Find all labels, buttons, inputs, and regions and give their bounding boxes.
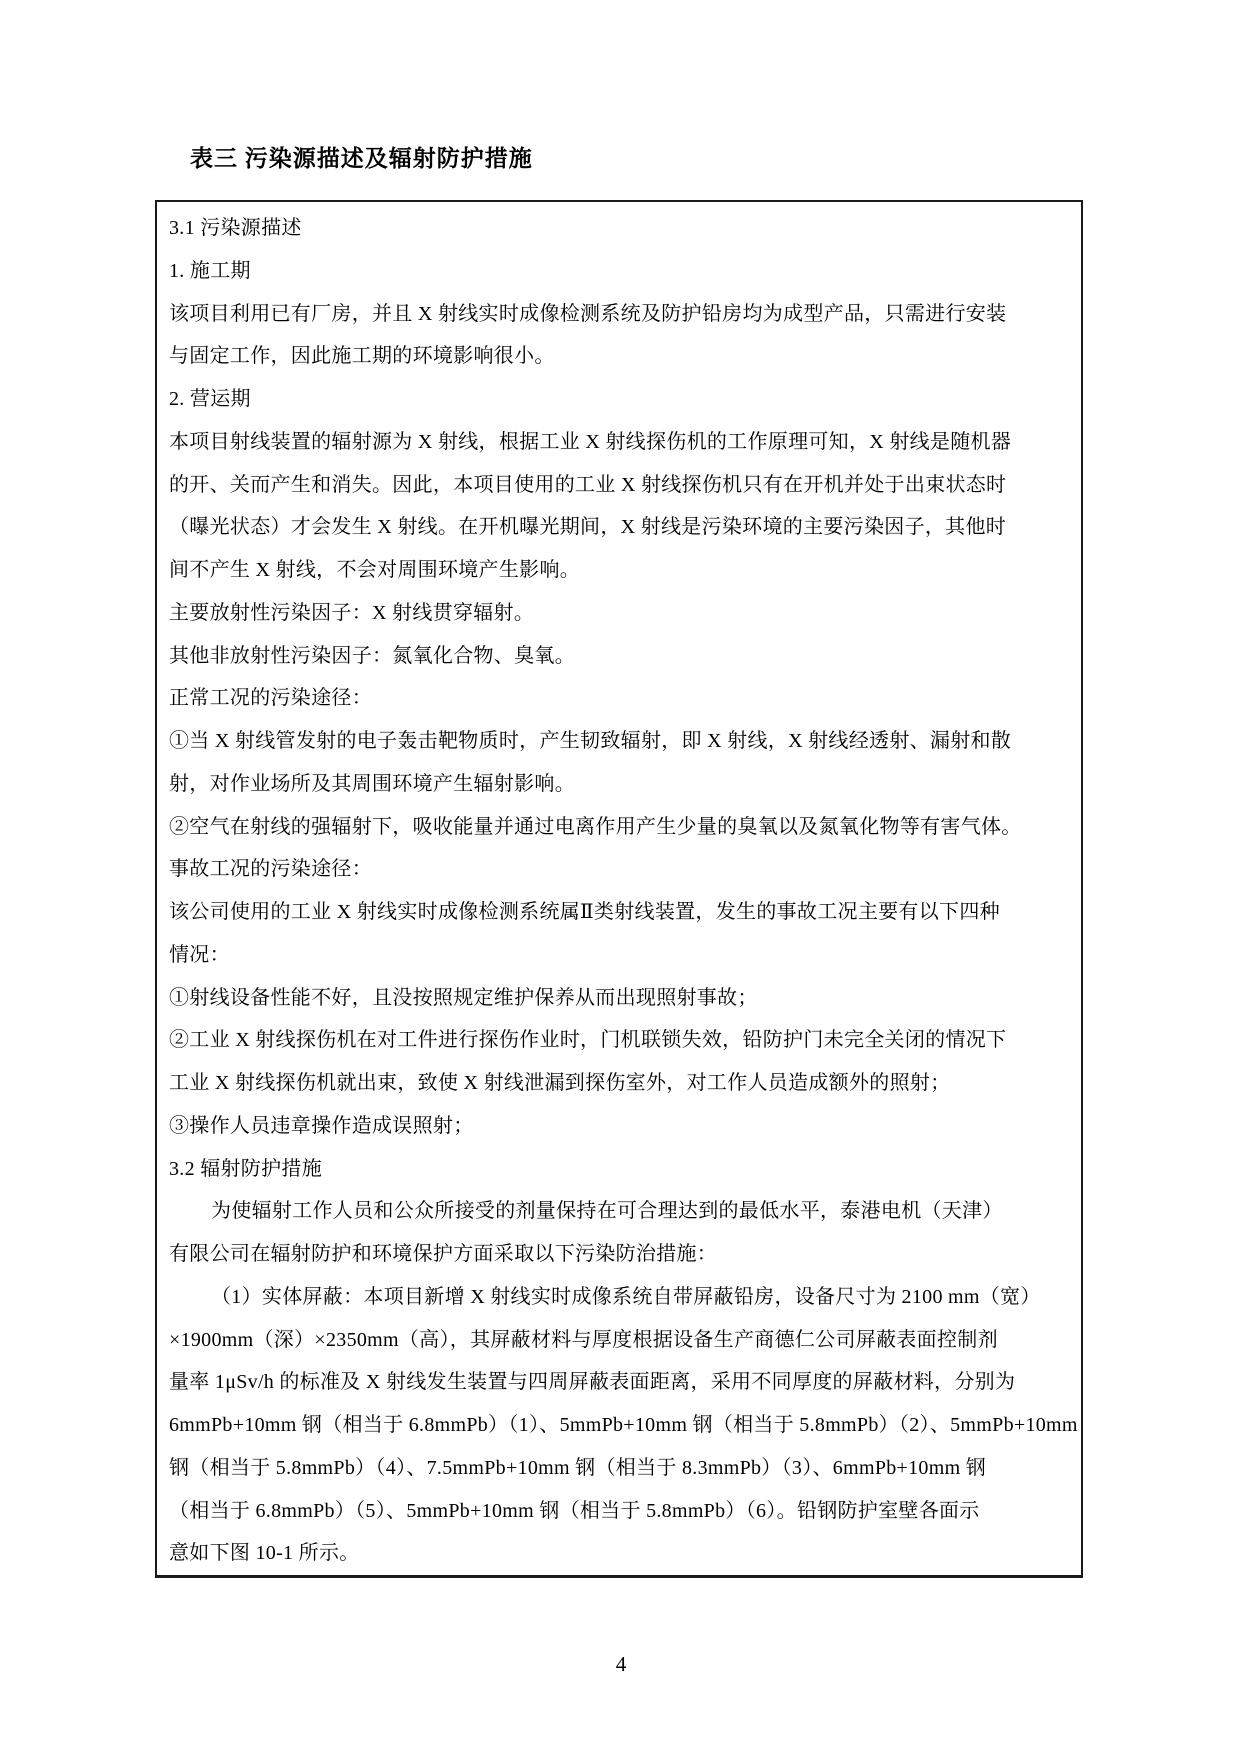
text-line: 该项目利用已有厂房，并且 X 射线实时成像检测系统及防护铅房均为成型产品，只需进…	[169, 293, 1073, 336]
text-line: （相当于 6.8mmPb）（5）、5mmPb+10mm 钢（相当于 5.8mmP…	[169, 1490, 1073, 1533]
text-line: 情况：	[169, 934, 1073, 977]
text-line: 该公司使用的工业 X 射线实时成像检测系统属Ⅱ类射线装置，发生的事故工况主要有以…	[169, 891, 1073, 934]
text-line: 工业 X 射线探伤机就出束，致使 X 射线泄漏到探伤室外，对工作人员造成额外的照…	[169, 1062, 1073, 1105]
text-line: 2. 营运期	[169, 378, 1073, 421]
text-line: 间不产生 X 射线，不会对周围环境产生影响。	[169, 549, 1073, 592]
text-line: 的开、关而产生和消失。因此，本项目使用的工业 X 射线探伤机只有在开机并处于出束…	[169, 464, 1073, 507]
text-line: 6mmPb+10mm 钢（相当于 6.8mmPb）（1）、5mmPb+10mm …	[169, 1404, 1073, 1447]
text-line-section-3-2: 3.2 辐射防护措施	[169, 1148, 1073, 1191]
text-line: 正常工况的污染途径：	[169, 677, 1073, 720]
text-line: ×1900mm（深）×2350mm（高），其屏蔽材料与厚度根据设备生产商德仁公司…	[169, 1319, 1073, 1362]
text-line-section-3-1: 3.1 污染源描述	[169, 207, 1073, 250]
text-line: ②工业 X 射线探伤机在对工件进行探伤作业时，门机联锁失效，铅防护门未完全关闭的…	[169, 1019, 1073, 1062]
text-line: 有限公司在辐射防护和环境保护方面采取以下污染防治措施：	[169, 1233, 1073, 1276]
text-line: ①当 X 射线管发射的电子轰击靶物质时，产生韧致辐射，即 X 射线，X 射线经透…	[169, 720, 1073, 763]
text-line: （曝光状态）才会发生 X 射线。在开机曝光期间，X 射线是污染环境的主要污染因子…	[169, 506, 1073, 549]
text-line: 本项目射线装置的辐射源为 X 射线，根据工业 X 射线探伤机的工作原理可知，X …	[169, 421, 1073, 464]
text-line: ②空气在射线的强辐射下，吸收能量并通过电离作用产生少量的臭氧以及氮氧化物等有害气…	[169, 806, 1073, 849]
text-line: ③操作人员违章操作造成误照射；	[169, 1105, 1073, 1148]
text-line: 量率 1μSv/h 的标准及 X 射线发生装置与四周屏蔽表面距离，采用不同厚度的…	[169, 1361, 1073, 1404]
text-line: 1. 施工期	[169, 250, 1073, 293]
text-line: 射，对作业场所及其周围环境产生辐射影响。	[169, 763, 1073, 806]
text-line: 事故工况的污染途径：	[169, 848, 1073, 891]
text-line: 与固定工作，因此施工期的环境影响很小。	[169, 335, 1073, 378]
page-number: 4	[0, 1652, 1242, 1677]
table-heading: 表三 污染源描述及辐射防护措施	[190, 140, 533, 173]
table-border-box: 3.1 污染源描述 1. 施工期 该项目利用已有厂房，并且 X 射线实时成像检测…	[155, 200, 1083, 1578]
text-line: 主要放射性污染因子：X 射线贯穿辐射。	[169, 592, 1073, 635]
text-line: 为使辐射工作人员和公众所接受的剂量保持在可合理达到的最低水平，泰港电机（天津）	[169, 1190, 1073, 1233]
document-page: 表三 污染源描述及辐射防护措施 3.1 污染源描述 1. 施工期 该项目利用已有…	[0, 0, 1242, 1755]
text-line: 意如下图 10-1 所示。	[169, 1532, 1073, 1575]
text-line: 钢（相当于 5.8mmPb）（4）、7.5mmPb+10mm 钢（相当于 8.3…	[169, 1447, 1073, 1490]
text-line: 其他非放射性污染因子：氮氧化合物、臭氧。	[169, 635, 1073, 678]
text-line: ①射线设备性能不好，且没按照规定维护保养从而出现照射事故；	[169, 977, 1073, 1020]
text-line: （1）实体屏蔽：本项目新增 X 射线实时成像系统自带屏蔽铅房，设备尺寸为 210…	[169, 1276, 1073, 1319]
